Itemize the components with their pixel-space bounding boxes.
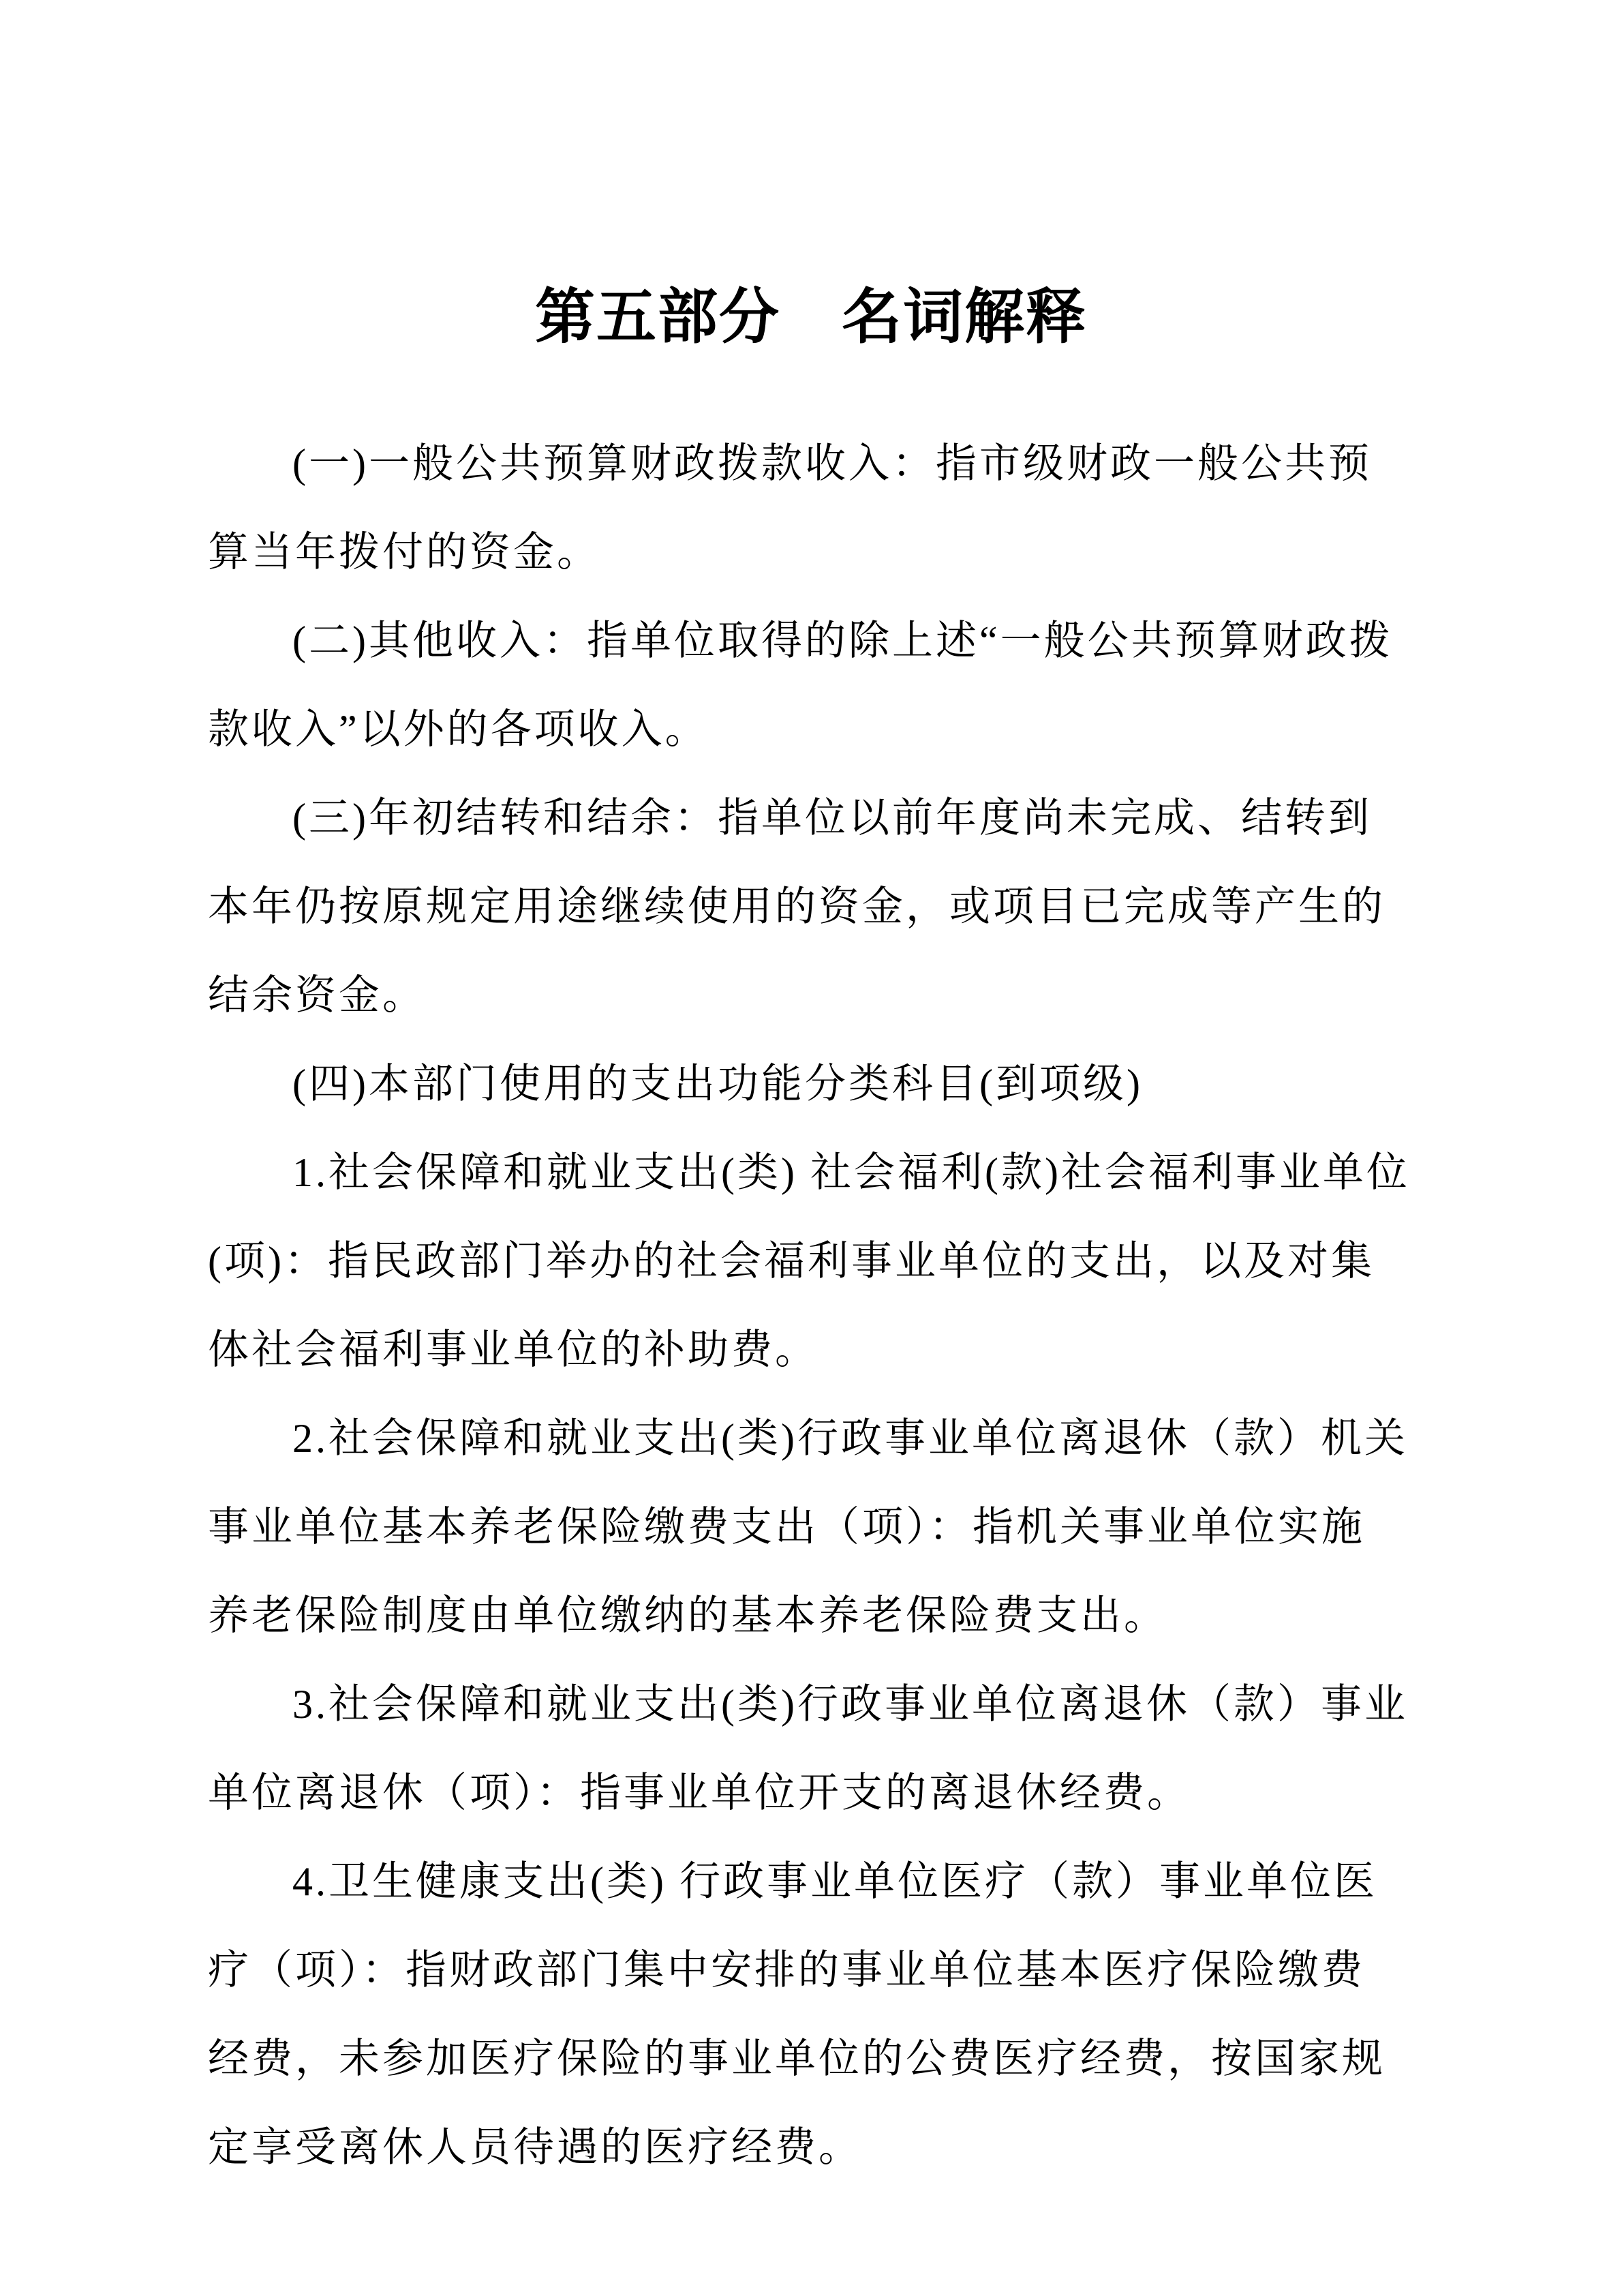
text-line: (三)年初结转和结余：指单位以前年度尚未完成、结转到 xyxy=(208,774,1394,862)
text-line: 养老保险制度由单位缴纳的基本养老保险费支出。 xyxy=(208,1571,1394,1660)
document-page: 第五部分 名词解释 (一)一般公共预算财政拨款收入：指市级财政一般公共预算当年拨… xyxy=(0,0,1622,2296)
text-line: (一)一般公共预算财政拨款收入：指市级财政一般公共预 xyxy=(208,419,1394,508)
text-line: 单位离退休（项）：指事业单位开支的离退休经费。 xyxy=(208,1749,1394,1837)
text-line: 结余资金。 xyxy=(208,951,1394,1040)
paragraph-3: (三)年初结转和结余：指单位以前年度尚未完成、结转到本年仍按原规定用途继续使用的… xyxy=(208,774,1394,1040)
text-line: 款收入”以外的各项收入。 xyxy=(208,685,1394,774)
paragraph-6: 2.社会保障和就业支出(类)行政事业单位离退休（款）机关事业单位基本养老保险缴费… xyxy=(208,1394,1394,1660)
text-line: 4.卫生健康支出(类) 行政事业单位医疗（款）事业单位医 xyxy=(208,1837,1394,1926)
text-line: 疗（项）：指财政部门集中安排的事业单位基本医疗保险缴费 xyxy=(208,1926,1394,2014)
text-line: 2.社会保障和就业支出(类)行政事业单位离退休（款）机关 xyxy=(208,1394,1394,1483)
document-title: 第五部分 名词解释 xyxy=(0,0,1622,348)
text-line: 体社会福利事业单位的补助费。 xyxy=(208,1305,1394,1394)
text-line: (四)本部门使用的支出功能分类科目(到项级) xyxy=(208,1040,1394,1128)
text-line: (二)其他收入：指单位取得的除上述“一般公共预算财政拨 xyxy=(208,596,1394,685)
text-line: 定享受离休人员待遇的医疗经费。 xyxy=(208,2103,1394,2192)
paragraph-4: (四)本部门使用的支出功能分类科目(到项级) xyxy=(208,1040,1394,1128)
text-line: 事业单位基本养老保险缴费支出（项）：指机关事业单位实施 xyxy=(208,1483,1394,1571)
paragraph-1: (一)一般公共预算财政拨款收入：指市级财政一般公共预算当年拨付的资金。 xyxy=(208,419,1394,596)
paragraph-2: (二)其他收入：指单位取得的除上述“一般公共预算财政拨款收入”以外的各项收入。 xyxy=(208,596,1394,774)
paragraph-5: 1.社会保障和就业支出(类) 社会福利(款)社会福利事业单位(项)：指民政部门举… xyxy=(208,1128,1394,1394)
text-line: (项)：指民政部门举办的社会福利事业单位的支出，以及对集 xyxy=(208,1217,1394,1305)
paragraph-8: 4.卫生健康支出(类) 行政事业单位医疗（款）事业单位医疗（项）：指财政部门集中… xyxy=(208,1837,1394,2192)
paragraph-7: 3.社会保障和就业支出(类)行政事业单位离退休（款）事业单位离退休（项）：指事业… xyxy=(208,1660,1394,1837)
text-line: 经费，未参加医疗保险的事业单位的公费医疗经费，按国家规 xyxy=(208,2014,1394,2103)
text-line: 3.社会保障和就业支出(类)行政事业单位离退休（款）事业 xyxy=(208,1660,1394,1749)
text-line: 本年仍按原规定用途继续使用的资金，或项目已完成等产生的 xyxy=(208,862,1394,951)
document-body: (一)一般公共预算财政拨款收入：指市级财政一般公共预算当年拨付的资金。(二)其他… xyxy=(0,419,1394,2192)
text-line: 算当年拨付的资金。 xyxy=(208,508,1394,596)
text-line: 1.社会保障和就业支出(类) 社会福利(款)社会福利事业单位 xyxy=(208,1128,1394,1217)
